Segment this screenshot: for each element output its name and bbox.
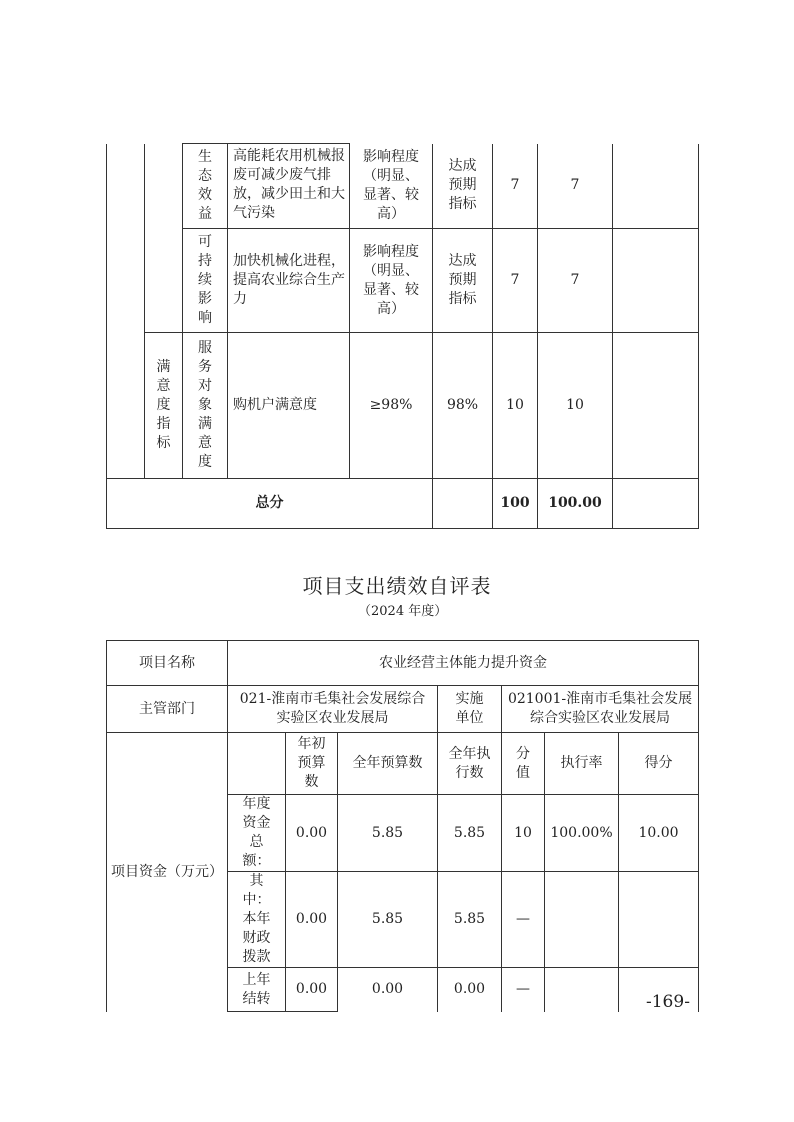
weight-value: 10: [502, 795, 545, 872]
project-name-value: 农业经营主体能力提升资金: [228, 641, 699, 686]
target-cell: 影响程度（明显、显著、较高）: [350, 229, 433, 333]
department-row: 主管部门 021-淮南市毛集社会发展综合实验区农业发展局 实施单位 021001…: [107, 686, 699, 733]
project-table: 项目名称 农业经营主体能力提升资金 主管部门 021-淮南市毛集社会发展综合实验…: [106, 640, 699, 1012]
weight-value: —: [502, 872, 545, 968]
impl-label: 实施单位: [438, 686, 502, 733]
indicator-cell: 满意度指标: [145, 333, 183, 479]
rate-value: [545, 968, 619, 1012]
category-cell: [107, 144, 145, 479]
header-rate: 执行率: [545, 733, 619, 795]
page-subtitle: （2024 年度）: [358, 600, 447, 619]
initial-value: 0.00: [286, 795, 338, 872]
total-score: 100.00: [538, 479, 613, 529]
page-title: 项目支出绩效自评表: [0, 570, 794, 599]
detail-cell: 加快机械化进程，提高农业综合生产力: [228, 229, 350, 333]
dept-value: 021-淮南市毛集社会发展综合实验区农业发展局: [228, 686, 438, 733]
initial-value: 0.00: [286, 872, 338, 968]
header-initial: 年初预算数: [286, 733, 338, 795]
actual-cell: 达成预期指标: [433, 229, 493, 333]
detail-cell: 高能耗农用机械报废可减少废气排放，减少田土和大气污染: [228, 144, 350, 229]
row-label: 其中：本年财政拨款: [228, 872, 286, 968]
actual-cell: 达成预期指标: [433, 144, 493, 229]
initial-value: 0.00: [286, 968, 338, 1012]
score-value: 10.00: [619, 795, 699, 872]
header-weight: 分值: [502, 733, 545, 795]
weight-cell: 7: [493, 144, 538, 229]
row-label: 年度资金总额：: [228, 795, 286, 872]
header-blank: [228, 733, 286, 795]
header-executed: 全年执行数: [438, 733, 502, 795]
table-row: 可持续影响 加快机械化进程，提高农业综合生产力 影响程度（明显、显著、较高） 达…: [107, 229, 699, 333]
executed-value: 5.85: [438, 872, 502, 968]
score-cell: 7: [538, 144, 613, 229]
annual-value: 0.00: [338, 968, 438, 1012]
total-remark: [613, 479, 699, 529]
indicator-table: 生态效益 高能耗农用机械报废可减少废气排放，减少田土和大气污染 影响程度（明显、…: [106, 143, 699, 529]
indicator-cell: [145, 144, 183, 333]
annual-value: 5.85: [338, 872, 438, 968]
actual-cell: 98%: [433, 333, 493, 479]
executed-value: 5.85: [438, 795, 502, 872]
total-label: 总分: [107, 479, 433, 529]
detail-cell: 购机户满意度: [228, 333, 350, 479]
header-annual: 全年预算数: [338, 733, 438, 795]
annual-value: 5.85: [338, 795, 438, 872]
dept-label: 主管部门: [107, 686, 228, 733]
rate-value: 100.00%: [545, 795, 619, 872]
remark-cell: [613, 144, 699, 229]
page-number: -169-: [646, 992, 690, 1012]
table-row: 生态效益 高能耗农用机械报废可减少废气排放，减少田土和大气污染 影响程度（明显、…: [107, 144, 699, 229]
funds-label: 项目资金（万元）: [107, 733, 228, 1012]
score-value: [619, 872, 699, 968]
score-cell: 7: [538, 229, 613, 333]
table-row: 满意度指标 服务对象满意度 购机户满意度 ≥98% 98% 10 10: [107, 333, 699, 479]
executed-value: 0.00: [438, 968, 502, 1012]
weight-cell: 10: [493, 333, 538, 479]
sub-indicator-cell: 服务对象满意度: [183, 333, 228, 479]
weight-value: —: [502, 968, 545, 1012]
project-name-label: 项目名称: [107, 641, 228, 686]
rate-value: [545, 872, 619, 968]
total-weight: 100: [493, 479, 538, 529]
target-cell: ≥98%: [350, 333, 433, 479]
total-row: 总分 100 100.00: [107, 479, 699, 529]
total-actual: [433, 479, 493, 529]
remark-cell: [613, 333, 699, 479]
funds-header-row: 项目资金（万元） 年初预算数 全年预算数 全年执行数 分值 执行率 得分: [107, 733, 699, 795]
row-label: 上年结转: [228, 968, 286, 1012]
weight-cell: 7: [493, 229, 538, 333]
header-score: 得分: [619, 733, 699, 795]
sub-indicator-cell: 可持续影响: [183, 229, 228, 333]
project-name-row: 项目名称 农业经营主体能力提升资金: [107, 641, 699, 686]
score-cell: 10: [538, 333, 613, 479]
sub-indicator-cell: 生态效益: [183, 144, 228, 229]
remark-cell: [613, 229, 699, 333]
impl-value: 021001-淮南市毛集社会发展综合实验区农业发展局: [502, 686, 699, 733]
target-cell: 影响程度（明显、显著、较高）: [350, 144, 433, 229]
